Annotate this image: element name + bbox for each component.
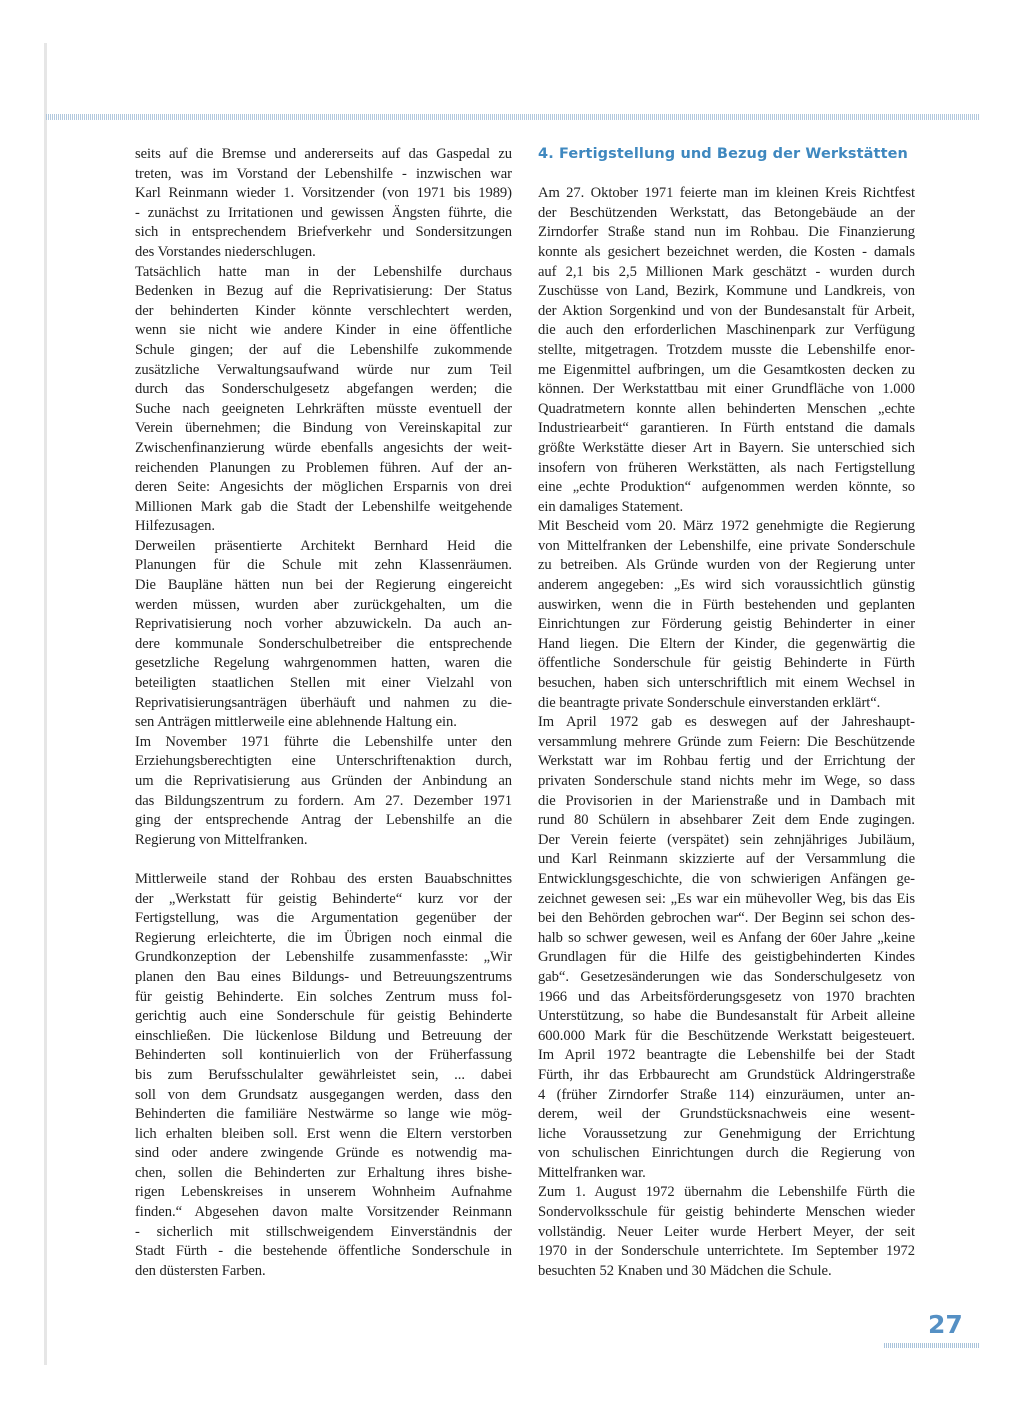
decorative-header-band [46,114,980,120]
text-line: bis zum Berufsschulalter gewährleistet s… [135,1066,512,1086]
text-line: Zirndorfer Straße stand nun im Rohbau. D… [538,223,915,243]
text-line: treten, was im Vorstand der Lebenshilfe … [135,165,512,185]
page-margin-rule [44,43,47,1365]
text-line: der Beschützenden Werkstatt, das Betonge… [538,204,915,224]
text-line: Im April 1972 beantragte die Lebenshilfe… [538,1046,915,1066]
text-line: seits auf die Bremse und andererseits au… [135,145,512,165]
text-line: Tatsächlich hatte man in der Lebenshilfe… [135,263,512,283]
text-line: Mittelfranken war. [538,1164,915,1184]
text-line: Hilfezusagen. [135,517,512,537]
section-heading: 4. Fertigstellung und Bezug der Werkstät… [538,145,915,165]
text-line: planen den Bau eines Bildungs- und Betre… [135,968,512,988]
text-line: die auch den erforderlichen Maschinenpar… [538,321,915,341]
text-line: größte Werkstätte dieser Art in Bayern. … [538,439,915,459]
text-line: Zum 1. August 1972 übernahm die Lebenshi… [538,1183,915,1203]
text-line: Reprivatisierung noch vorher abzuwickeln… [135,615,512,635]
text-line: stellte, mitgetragen. Trotzdem musste di… [538,341,915,361]
text-line: ging der entsprechende Antrag der Lebens… [135,811,512,831]
text-line: Werkstatt war im Rohbau fertig und der E… [538,752,915,772]
text-line: Fürth, ihr das Erbbaurecht am Grundstück… [538,1066,915,1086]
text-line: chen, sollen die Behinderten zur Erhaltu… [135,1164,512,1184]
text-line: Planungen für die Schule mit zehn Klasse… [135,556,512,576]
text-line: Behinderten die familiäre Nestwärme so l… [135,1105,512,1125]
text-line: - zunächst zu Irritationen und gewissen … [135,204,512,224]
text-line: anderem angegeben: „Es wird sich vorauss… [538,576,915,596]
text-line: Industriearbeit“ garantieren. In Fürth e… [538,419,915,439]
text-line: ein damaliges Statement. [538,498,915,518]
text-line: 4 (früher Zirndorfer Straße 114) einzurä… [538,1086,915,1106]
text-line: Fertigstellung, was die Argumentation ge… [135,909,512,929]
text-line: soll von dem Grundsatz ausgegangen werde… [135,1086,512,1106]
text-line: Hand liegen. Die Eltern der Kinder, die … [538,635,915,655]
text-line: besuchten 52 Knaben und 30 Mädchen die S… [538,1262,915,1282]
text-line: Derweilen präsentierte Architekt Bernhar… [135,537,512,557]
text-line: liche Voraussetzung zur Genehmigung der … [538,1125,915,1145]
text-line: konnte als gesichert bezeichnet werden, … [538,243,915,263]
right-column-body: Am 27. Oktober 1971 feierte man im klein… [538,184,915,1281]
decorative-footer-band [884,1343,980,1348]
text-line: zusätzliche Verwaltungsaufwand würde nur… [135,361,512,381]
text-line: Reprivatisierungsanträgen überhäuft und … [135,694,512,714]
text-line: eine „echte Produktion“ aufgenommen werd… [538,478,915,498]
text-line: Erziehungsberechtigten eine Unterschrift… [135,752,512,772]
text-line: derem, weil der Grundstücksnachweis eine… [538,1105,915,1125]
text-line: einschließen. Die lückenlose Bildung und… [135,1027,512,1047]
text-line: halb so schwer gewesen, weil es Anfang d… [538,929,915,949]
text-line: Der Verein feierte (verspätet) sein zehn… [538,831,915,851]
text-line: Mit Bescheid vom 20. März 1972 genehmigt… [538,517,915,537]
text-line: Sondervolksschule für geistig behinderte… [538,1203,915,1223]
text-line: Schule gingen; der auf die Lebenshilfe z… [135,341,512,361]
text-line: Im November 1971 führte die Lebenshilfe … [135,733,512,753]
text-line: Unterstützung, so habe die Bundesanstalt… [538,1007,915,1027]
text-line: die Provisorien in der Marienstraße und … [538,792,915,812]
text-line: der „Werkstatt für geistig Behinderte“ k… [135,890,512,910]
text-line: Zwischenfinanzierung würde ebenfalls ang… [135,439,512,459]
text-line: besuchen, haben sich unterschriftlich mi… [538,674,915,694]
text-line: Regierung von Mittelfranken. [135,831,512,851]
text-line: lich erhalten bleiben soll. Erst wenn di… [135,1125,512,1145]
text-line: Regierung erleichterte, die im Übrigen n… [135,929,512,949]
text-line: gab“. Gesetzesänderungen wie das Sonders… [538,968,915,988]
paragraph-gap [135,850,512,870]
text-line: das Bildungszentrum zu fordern. Am 27. D… [135,792,512,812]
text-line: Am 27. Oktober 1971 feierte man im klein… [538,184,915,204]
text-line: Grundkonzeption der Lebenshilfe zusammen… [135,948,512,968]
text-line: des Vorstandes niederschlugen. [135,243,512,263]
text-line: gesetzliche Regelung wahrgenommen hatten… [135,654,512,674]
text-line: finden.“ Abgesehen davon malte Vorsitzen… [135,1203,512,1223]
text-line: vollständig. Neuer Leiter wurde Herbert … [538,1223,915,1243]
text-line: versammlung mehrere Gründe zum Feiern: D… [538,733,915,753]
text-line: 600.000 Mark für die Beschützende Werkst… [538,1027,915,1047]
text-line: den düstersten Farben. [135,1262,512,1282]
text-line: Suche nach geeigneten Lehrkräften müsste… [135,400,512,420]
text-line: privaten Sonderschule stand nichts mehr … [538,772,915,792]
text-line: können. Der Werkstattbau mit einer Grund… [538,380,915,400]
text-line: von schulischen Einrichtungen durch die … [538,1144,915,1164]
text-line: wenn sie nicht wie andere Kinder in eine… [135,321,512,341]
text-line: und Karl Reinmann skizzierte auf der Ver… [538,850,915,870]
text-line: öffentliche Sonderschule für geistig Beh… [538,654,915,674]
text-line: Verein übernehmen; die Bindung von Verei… [135,419,512,439]
text-line: gerichtig auch eine Sonderschule für gei… [135,1007,512,1027]
text-line: auf 2,1 bis 2,5 Millionen Mark geschätzt… [538,263,915,283]
text-line: - sicherlich mit stillschweigendem Einve… [135,1223,512,1243]
text-line: bei den Behörden gebrochen war“. Der Beg… [538,909,915,929]
left-text-column: seits auf die Bremse und andererseits au… [135,145,512,1281]
text-line: Entwicklungsgeschichte, die von schwieri… [538,870,915,890]
text-line: zu betreiben. Als Gründe wurden von der … [538,556,915,576]
text-line: dere kommunale Sonderschulbetreiber die … [135,635,512,655]
text-line: Mittlerweile stand der Rohbau des ersten… [135,870,512,890]
text-line: 1970 in der Sonderschule unterrichtete. … [538,1242,915,1262]
text-line: auswirken, wenn die in Fürth bestehenden… [538,596,915,616]
text-line: Karl Reinmann wieder 1. Vorsitzender (vo… [135,184,512,204]
text-line: insofern von früheren Werkstätten, als n… [538,459,915,479]
text-line: von Mittelfranken der Lebenshilfe, eine … [538,537,915,557]
right-text-column: 4. Fertigstellung und Bezug der Werkstät… [538,145,915,1281]
text-line: Millionen Mark gab die Stadt der Lebensh… [135,498,512,518]
text-line: reichenden Planungen zu Problemen führen… [135,459,512,479]
text-line: Im April 1972 gab es deswegen auf der Ja… [538,713,915,733]
text-line: rigen Lebenskreises in unserem Wohnheim … [135,1183,512,1203]
text-line: Bedenken in Bezug auf die Reprivatisieru… [135,282,512,302]
text-line: für geistig Behinderte. Ein solches Zent… [135,988,512,1008]
text-line: sich in entsprechendem Briefverkehr und … [135,223,512,243]
text-line: beteiligten staatlichen Stellen mit eine… [135,674,512,694]
text-line: durch das Sonderschulgesetz abgefangen w… [135,380,512,400]
text-line: Behinderten soll kontinuierlich von der … [135,1046,512,1066]
text-line: Einrichtungen zur Förderung geistig Behi… [538,615,915,635]
text-line: der Aktion Sorgenkind und von der Bundes… [538,302,915,322]
text-line: deren Seite: Angesichts der möglichen Er… [135,478,512,498]
text-line: sind oder andere zwingende Gründe es not… [135,1144,512,1164]
text-line: sen Anträgen mittlerweile eine ablehnend… [135,713,512,733]
text-line: Die Baupläne hätten nun bei der Regierun… [135,576,512,596]
text-line: Zuschüsse von Land, Bezirk, Kommune und … [538,282,915,302]
text-line: zeichnet gewesen sei: „Es war ein mühevo… [538,890,915,910]
page-number: 27 [928,1310,963,1339]
text-line: Quadratmetern konnte allen behinderten M… [538,400,915,420]
text-line: rund 80 Schülern in absehbarer Zeit dem … [538,811,915,831]
text-line: die beantragte private Sonderschule einv… [538,694,915,714]
text-line: Stadt Fürth - die bestehende öffentliche… [135,1242,512,1262]
text-line: um die Reprivatisierung aus Gründen der … [135,772,512,792]
text-line: 1966 und das Arbeitsförderungsgesetz von… [538,988,915,1008]
text-line: me Eigenmittel aufbringen, um die Gesamt… [538,361,915,381]
text-line: werden müssen, wurden aber zurückgehalte… [135,596,512,616]
text-line: Grundlagen für die Hilfe des geistigbehi… [538,948,915,968]
text-line: der behinderten Kinder könnte verschlech… [135,302,512,322]
